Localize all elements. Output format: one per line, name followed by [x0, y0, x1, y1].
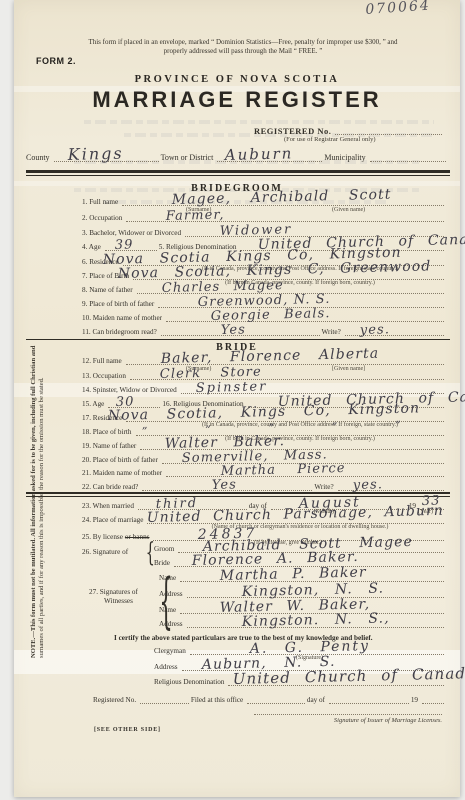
- field-groom-fullname: 1. Full name Magee, Archibald Scott: [82, 196, 446, 206]
- see-other-side: [SEE OTHER SIDE]: [94, 727, 161, 733]
- religious-denomination-row: Religious Denomination United Church of …: [154, 676, 446, 686]
- field-bride-fullname: 12. Full name Baker, Florence Alberta: [82, 355, 446, 365]
- field-label: 21. Maiden name of mother: [82, 469, 164, 477]
- handwritten-value: Georgie Beals.: [211, 306, 331, 324]
- read-line: Yes: [161, 326, 320, 336]
- witnesses-label-line2: Witnesses: [89, 597, 138, 606]
- field-line: Georgie Beals.: [166, 312, 444, 322]
- divider-thin: [26, 175, 450, 176]
- registered-no-line: [335, 125, 442, 135]
- handwritten-value: Yes: [220, 322, 245, 338]
- field-label: 8. Name of father: [82, 286, 135, 294]
- field-label: 19. Name of father: [82, 442, 138, 450]
- witness1-name-row: Name Martha P. Baker: [159, 572, 446, 582]
- field-label: 18. Place of birth: [82, 428, 134, 436]
- name-label: Name: [159, 606, 178, 614]
- field-label: 1. Full name: [82, 198, 120, 206]
- field-label: 24. Place of marriage: [82, 516, 145, 524]
- registered-no-line: [140, 694, 189, 704]
- write-line: yes.: [345, 326, 444, 336]
- field-line: Martha Pierce: [166, 467, 444, 477]
- religious-denomination-line: United Church of Canada,: [228, 676, 444, 686]
- religious-denomination-label: Religious Denomination: [154, 678, 226, 686]
- handwritten-value: yes.: [359, 322, 390, 338]
- field-groom-occupation: 2. Occupation Farmer,: [82, 212, 446, 222]
- clergyman-row: Clergyman A. G. Penty: [154, 645, 446, 655]
- address-label: Address: [154, 663, 180, 671]
- divider-thin: [26, 496, 450, 497]
- field-label: 23. When married: [82, 502, 136, 510]
- registered-no-row: REGISTERED No.: [254, 125, 444, 135]
- county-row: County Kings Town or District Auburn Mun…: [26, 150, 448, 162]
- registered-no-label: Registered No.: [93, 696, 138, 704]
- stamp-number: 070064: [365, 0, 431, 18]
- witnesses-label-line1: 27. Signatures of: [89, 588, 138, 597]
- witness2-address-line: Kingston. N. S.,: [187, 618, 444, 628]
- county-label: County: [26, 154, 52, 162]
- margin-note-line1: NOTE.—This form must not be mutilated. A…: [30, 178, 38, 658]
- address-label: Address: [159, 590, 185, 598]
- handwritten-value: Spinster: [195, 379, 267, 396]
- municipality-line: [370, 152, 446, 162]
- scanned-document: 070064 This form if placed in an envelop…: [0, 0, 465, 800]
- field-label: 10. Maiden name of mother: [82, 314, 164, 322]
- issuer-caption: Signature of Issuer of Marriage Licenses…: [334, 717, 442, 724]
- handwritten-value: Yes: [212, 477, 237, 493]
- witnesses-label: 27. Signatures of Witnesses: [89, 588, 138, 606]
- mailing-note-line1: This form if placed in an envelope, mark…: [52, 38, 434, 47]
- mailing-note-line2: properly addressed will pass through the…: [52, 47, 434, 56]
- margin-note: NOTE.—This form must not be mutilated. A…: [30, 178, 46, 658]
- field-line: Magee, Archibald Scott: [122, 196, 444, 206]
- field-label: 14. Spinster, Widow or Divorced: [82, 386, 179, 394]
- divider-heavy: [26, 492, 450, 494]
- signature-of-label: 26. Signature of: [82, 548, 128, 556]
- witness2-address-row: Address Kingston. N. S.,: [159, 618, 446, 628]
- municipality-label: Municipality: [324, 154, 367, 162]
- day-line: [329, 694, 409, 704]
- address-label: Address: [159, 620, 185, 628]
- witness1-address-line: Kingston, N. S.: [187, 588, 444, 598]
- registrar-note: (For use of Registrar General only): [284, 136, 376, 143]
- page-title: MARRIAGE REGISTER: [14, 87, 460, 113]
- town-value: Auburn: [225, 144, 294, 164]
- field-groom-mother: 10. Maiden name of mother Georgie Beals.: [82, 312, 446, 322]
- write-line: yes.: [338, 481, 444, 491]
- field-line: Baker, Florence Alberta: [126, 355, 444, 365]
- field-label: 2. Occupation: [82, 214, 124, 222]
- field-line: Clerk Store: [130, 370, 444, 380]
- field-label: 12. Full name: [82, 357, 124, 365]
- field-line: Farmer,: [126, 212, 444, 222]
- county-line: Kings: [54, 152, 159, 162]
- bleedthrough-texture: [84, 120, 434, 124]
- field-bride-mother: 21. Maiden name of mother Martha Pierce: [82, 467, 446, 477]
- handwritten-value: Farmer,: [166, 208, 225, 224]
- field-label: 4. Age: [82, 243, 103, 251]
- field-label: 9. Place of birth of father: [82, 300, 156, 308]
- divider-thin: [26, 339, 450, 340]
- field-label: 20. Place of birth of father: [82, 456, 160, 464]
- witness1-name-line: Martha P. Baker: [180, 572, 444, 582]
- clergyman-label: Clergyman: [154, 647, 188, 655]
- county-value: Kings: [67, 144, 123, 164]
- filed-label: Filed at this office: [191, 696, 245, 704]
- registrar-filing-row: Registered No. Filed at this office day …: [93, 694, 446, 704]
- field-line: United Church Parsonage, Auburn: [147, 514, 444, 524]
- town-line: Auburn: [217, 152, 322, 162]
- field-groom-father-birthplace: 9. Place of birth of father Greenwood, N…: [82, 298, 446, 308]
- handwritten-value: yes.: [352, 477, 383, 493]
- field-label: 3. Bachelor, Widower or Divorced: [82, 229, 183, 237]
- field-bride-literacy: 22. Can bride read? Yes Write? yes.: [82, 481, 446, 491]
- mailing-note: This form if placed in an envelope, mark…: [52, 38, 434, 56]
- field-label: 25. By license: [82, 533, 125, 541]
- paper-sheet: 070064 This form if placed in an envelop…: [14, 0, 460, 797]
- divider-heavy: [26, 170, 450, 173]
- groom-label: Groom: [154, 545, 176, 553]
- field-place-of-marriage: 24. Place of marriage United Church Pars…: [82, 514, 446, 524]
- province-heading: PROVINCE OF NOVA SCOTIA: [14, 74, 460, 85]
- write-label: Write?: [314, 483, 335, 491]
- field-line: Nova Scotia, Kings C, Greenwood: [133, 270, 444, 280]
- witness2-address: Kingston. N. S.,: [241, 610, 389, 630]
- witness1-address-row: Address Kingston, N. S.: [159, 588, 446, 598]
- year-line: [422, 694, 444, 704]
- field-line: ” ” ” ” ”: [136, 426, 444, 436]
- margin-note-line2: surnames of all parties, and if for any …: [38, 178, 46, 658]
- form-number: FORM 2.: [36, 56, 76, 66]
- name-label: Name: [159, 574, 178, 582]
- field-label: 15. Age: [82, 400, 106, 408]
- handwritten-value: Martha Pierce: [221, 461, 346, 479]
- field-label: 22. Can bride read?: [82, 483, 140, 491]
- field-groom-literacy: 11. Can bridegroom read? Yes Write? yes.: [82, 326, 446, 336]
- registered-no-label: REGISTERED No.: [254, 127, 333, 135]
- write-label: Write?: [322, 328, 343, 336]
- read-line: Yes: [142, 481, 312, 491]
- field-label: 11. Can bridegroom read?: [82, 328, 159, 336]
- issuer-signature-line: [254, 705, 442, 715]
- age-line: 39: [105, 241, 157, 251]
- filed-line: [247, 694, 305, 704]
- field-label: 13. Occupation: [82, 372, 128, 380]
- dayof-label: day of: [307, 696, 327, 704]
- town-label: Town or District: [161, 154, 216, 162]
- year-label: 19: [411, 696, 420, 704]
